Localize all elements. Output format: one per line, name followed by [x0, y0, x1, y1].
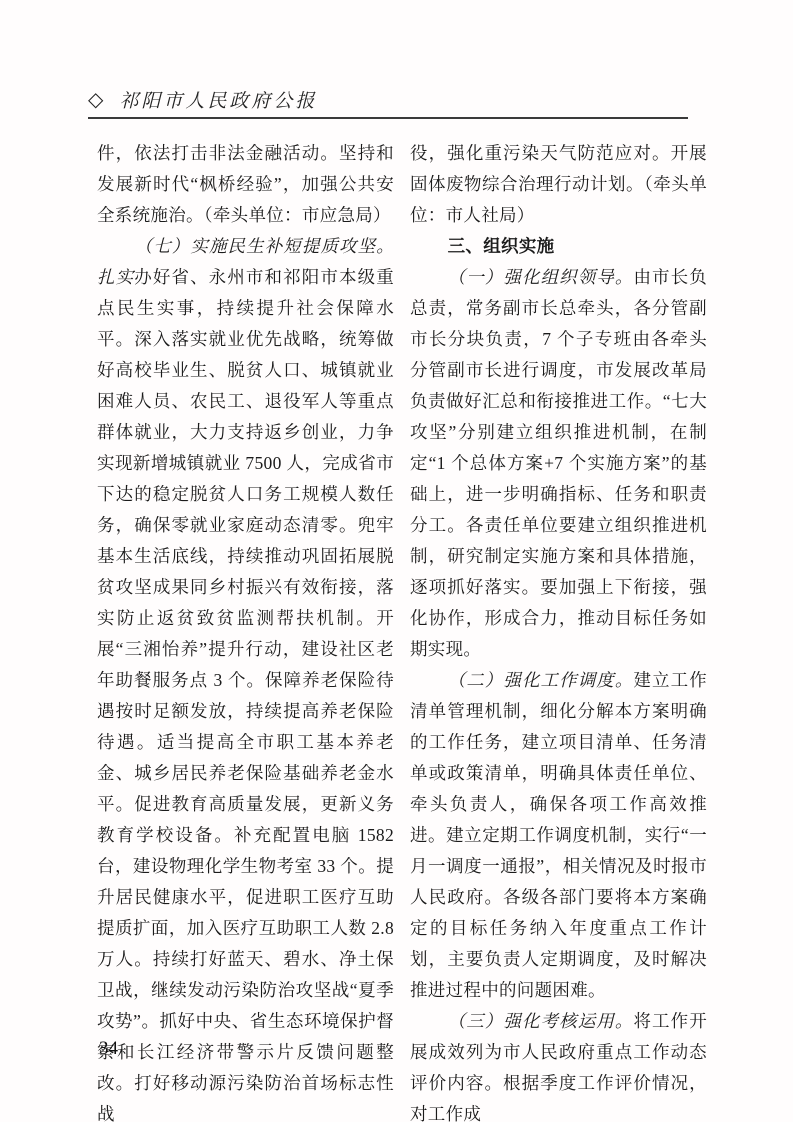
right-column: 役，强化重污染天气防范应对。开展固体废物综合治理行动计划。（牵头单位：市人社局）…	[410, 138, 707, 1122]
paragraph: （三）强化考核运用。将工作开展成效列为市人民政府重点工作动态评价内容。根据季度工…	[410, 1006, 707, 1122]
diamond-icon: ◇	[88, 90, 103, 110]
paragraph: 件，依法打击非法金融活动。坚持和发展新时代“枫桥经验”，加强公共安全系统施治。（…	[97, 138, 394, 231]
text-segment-song: 役，强化重污染天气防范应对。开展固体废物综合治理行动计划。（牵头单位：市人社局）	[410, 143, 707, 225]
paragraph: 役，强化重污染天气防范应对。开展固体废物综合治理行动计划。（牵头单位：市人社局）	[410, 138, 707, 231]
left-column: 件，依法打击非法金融活动。坚持和发展新时代“枫桥经验”，加强公共安全系统施治。（…	[97, 138, 394, 1122]
text-segment-kai: （二）强化工作调度。	[448, 670, 634, 690]
section-heading: 三、组织实施	[410, 231, 707, 262]
text-segment-song: 由市长负总责，常务副市长总牵头，各分管副市长分块负责，7 个子专班由各牵头分管副…	[410, 267, 707, 659]
gazette-page: ◇ 祁阳市人民政府公报 件，依法打击非法金融活动。坚持和发展新时代“枫桥经验”，…	[0, 0, 793, 1122]
text-segment-kai: （三）强化考核运用。	[448, 1011, 634, 1031]
gazette-title: 祁阳市人民政府公报	[119, 86, 317, 113]
text-segment-song: 建立工作清单管理机制，细化分解本方案明确的工作任务，建立项目清单、任务清单或政策…	[410, 670, 707, 1000]
page-number: 34	[99, 1038, 118, 1060]
paragraph: （七）实施民生补短提质攻坚。扎实办好省、永州市和祁阳市本级重点民生实事，持续提升…	[97, 231, 394, 1122]
paragraph: （二）强化工作调度。建立工作清单管理机制，细化分解本方案明确的工作任务，建立项目…	[410, 665, 707, 1006]
paragraph: （一）强化组织领导。由市长负总责，常务副市长总牵头，各分管副市长分块负责，7 个…	[410, 262, 707, 665]
header-rule	[88, 117, 688, 119]
page-header: ◇ 祁阳市人民政府公报	[88, 86, 700, 113]
text-segment-song: 办好省、永州市和祁阳市本级重点民生实事，持续提升社会保障水平。深入落实就业优先战…	[97, 267, 394, 1122]
text-segment-kai: （一）强化组织领导。	[448, 267, 634, 287]
text-segment-song: 件，依法打击非法金融活动。坚持和发展新时代“枫桥经验”，加强公共安全系统施治。（…	[97, 143, 394, 225]
text-segment-hei: 三、组织实施	[448, 236, 555, 256]
